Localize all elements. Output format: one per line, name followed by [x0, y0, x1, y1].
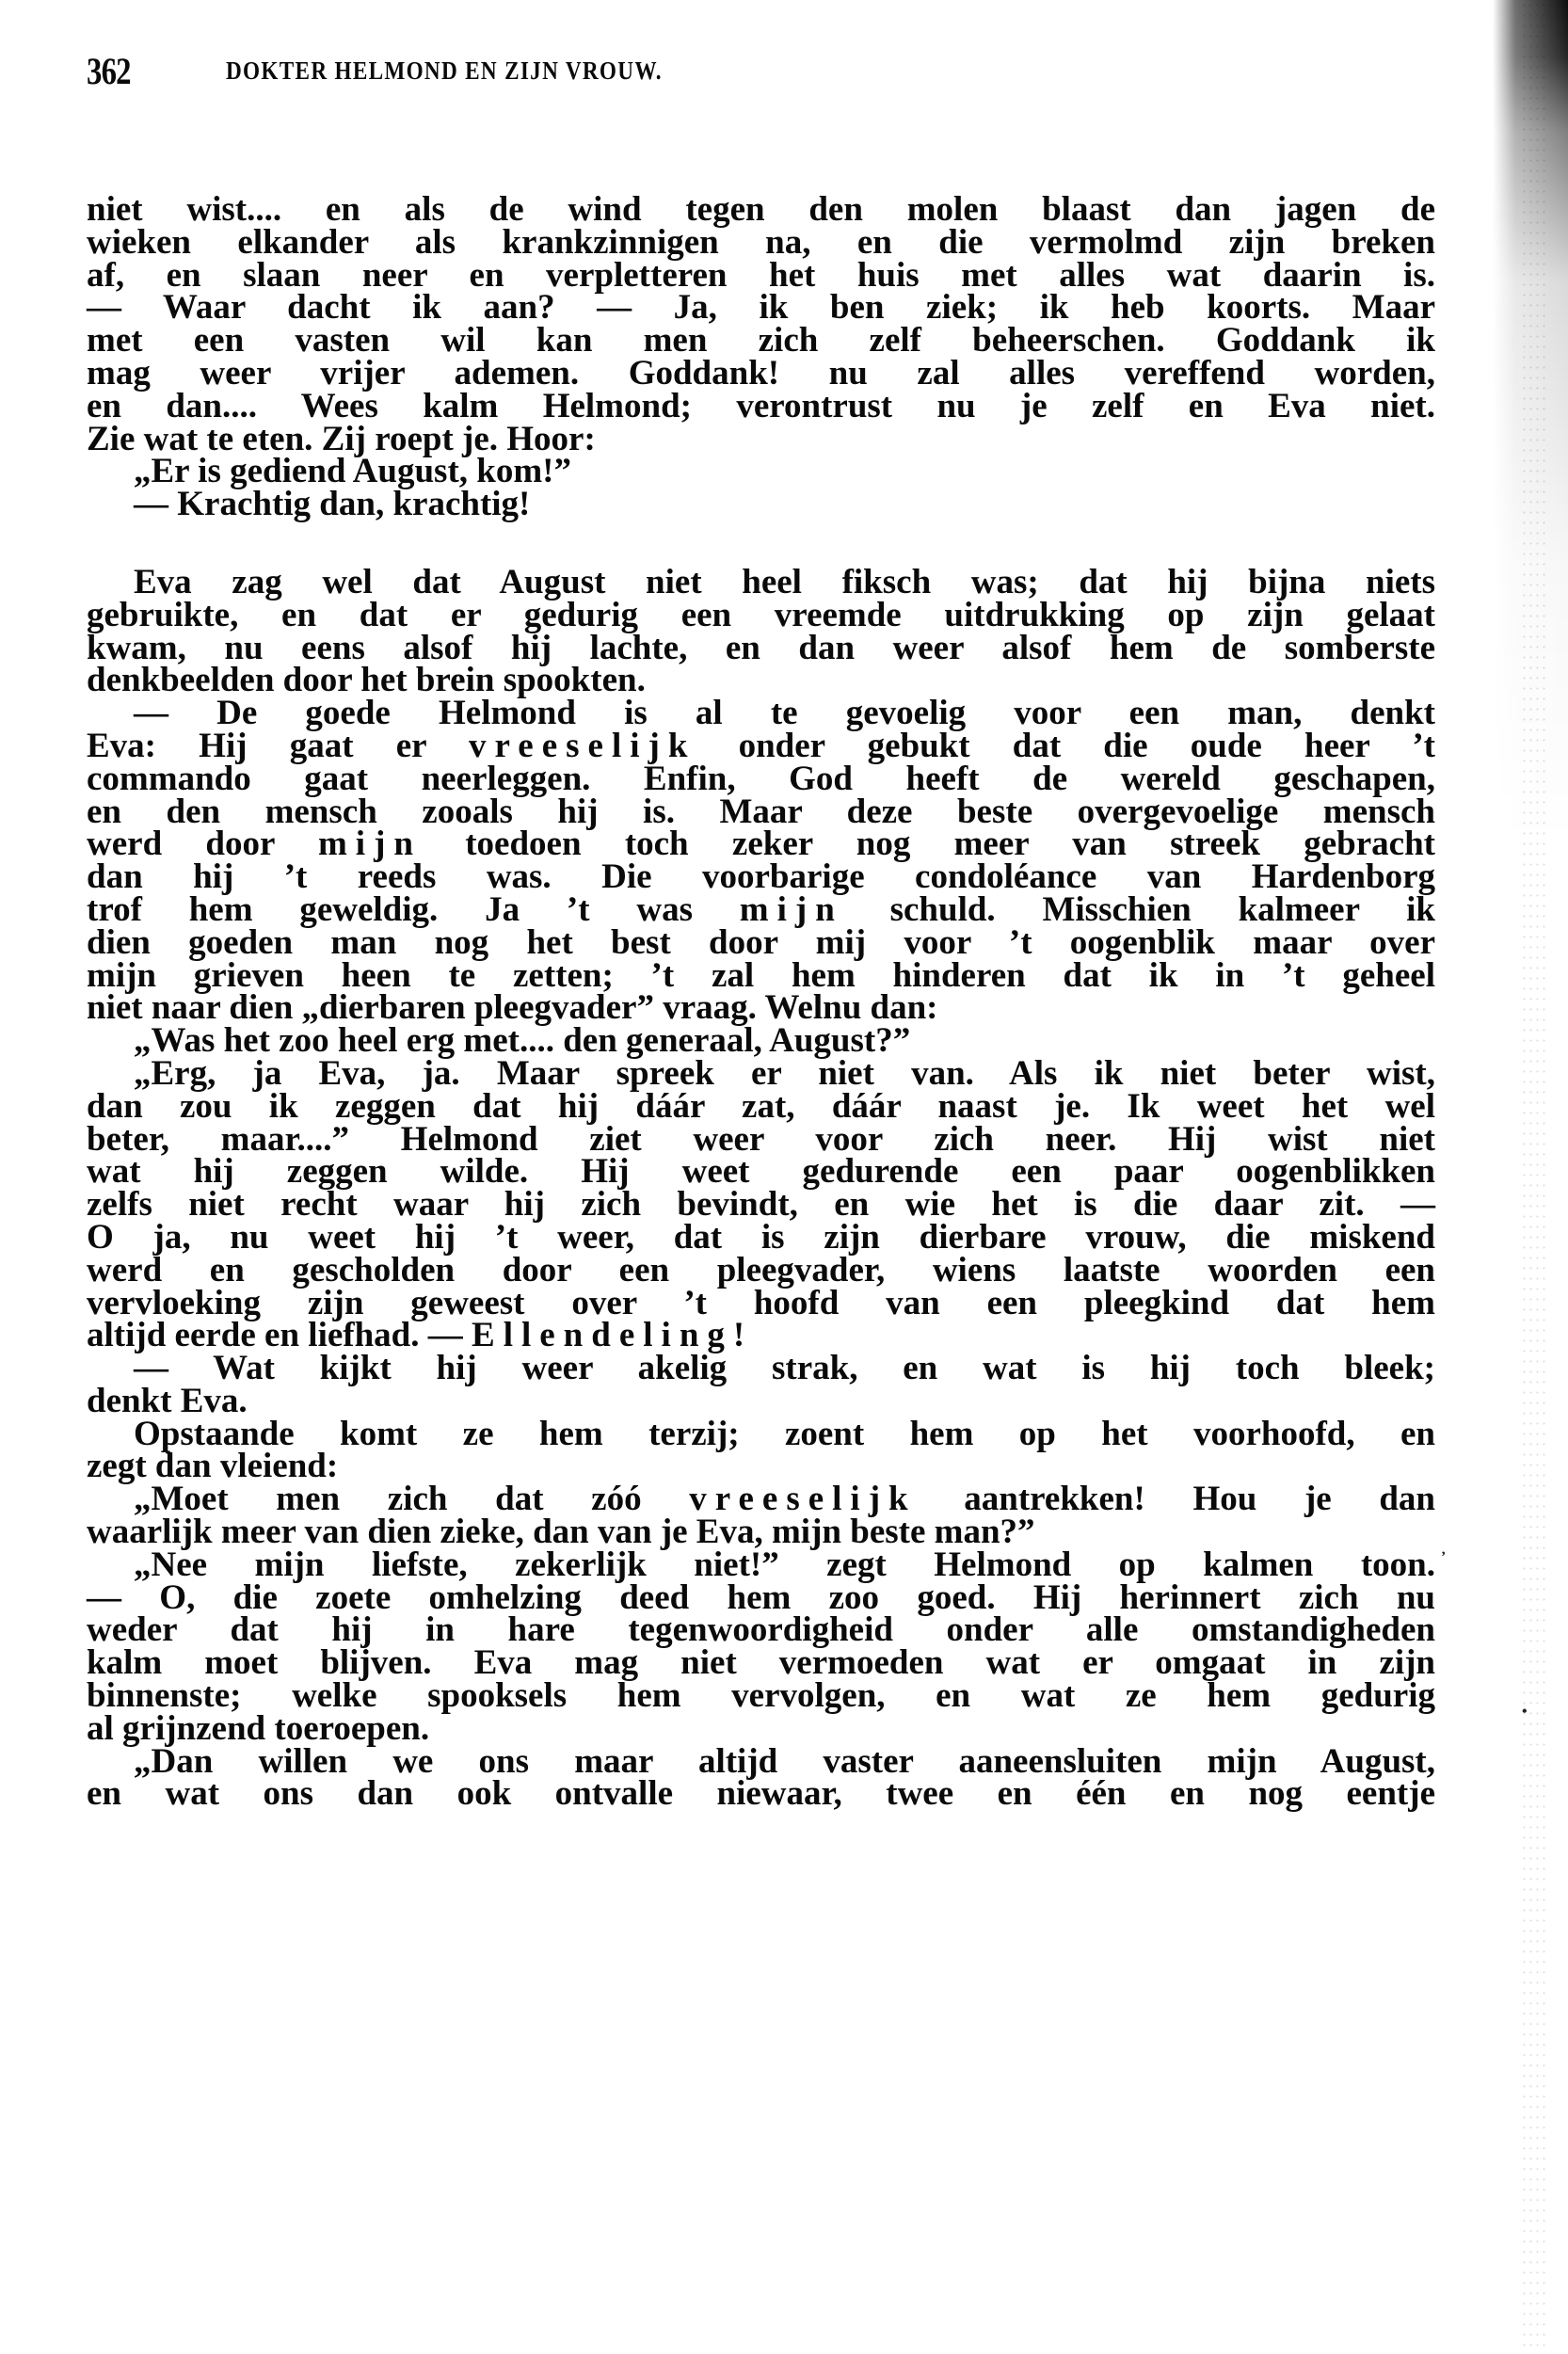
running-header: 362 DOKTER HELMOND EN ZIJN VROUW.	[87, 49, 1435, 90]
body-text: niet wist.... en als de wind tegen den m…	[87, 194, 1435, 1811]
text-line: binnenste; welke spooksels hem vervolgen…	[87, 1680, 1435, 1713]
text-line: dan zou ik zeggen dat hij dáár zat, dáár…	[87, 1091, 1435, 1124]
text-line: Eva: Hij gaat er vreeselijk onder gebukt…	[87, 730, 1435, 763]
text-line: „Was het zoo heel erg met.... den genera…	[87, 1025, 1435, 1058]
text-line: Eva zag wel dat August niet heel fiksch …	[87, 567, 1435, 600]
text-line: vervloeking zijn geweest over ’t hoofd v…	[87, 1288, 1435, 1321]
text-line: commando gaat neerleggen. Enfin, God hee…	[87, 763, 1435, 796]
text-line: kalm moet blijven. Eva mag niet vermoede…	[87, 1647, 1435, 1680]
text-line: — O, die zoete omhelzing deed hem zoo go…	[87, 1582, 1435, 1615]
text-line: trof hem geweldig. Ja ’t was mijn schuld…	[87, 894, 1435, 927]
text-line: wieken elkander als krankzinnigen na, en…	[87, 227, 1435, 260]
text-line: Zie wat te eten. Zij roept je. Hoor:	[87, 424, 1435, 456]
paragraph-gap	[87, 521, 1435, 567]
text-line: „Er is gediend August, kom!”	[87, 456, 1435, 488]
text-line: „Moet men zich dat zóó vreeselijk aantre…	[87, 1483, 1435, 1516]
text-line: „Erg, ja Eva, ja. Maar spreek er niet va…	[87, 1058, 1435, 1091]
text-line: wat hij zeggen wilde. Hij weet gedurende…	[87, 1156, 1435, 1189]
running-title: DOKTER HELMOND EN ZIJN VROUW.	[226, 56, 663, 86]
margin-mark: •	[1522, 1704, 1528, 1721]
text-line: — Wat kijkt hij weer akelig strak, en wa…	[87, 1353, 1435, 1385]
text-line: en wat ons dan ook ontvalle niewaar, twe…	[87, 1778, 1435, 1811]
page-edge-noise	[1521, 0, 1549, 2354]
text-line: — Waar dacht ik aan? — Ja, ik ben ziek; …	[87, 292, 1435, 325]
margin-mark: ‚	[1441, 1542, 1446, 1559]
text-line: gebruikte, en dat er gedurig een vreemde…	[87, 600, 1435, 633]
book-page: 362 DOKTER HELMOND EN ZIJN VROUW. niet w…	[0, 0, 1568, 2354]
text-line: en dan.... Wees kalm Helmond; verontrust…	[87, 391, 1435, 424]
text-line: niet wist.... en als de wind tegen den m…	[87, 194, 1435, 227]
text-line: mijn grieven heen te zetten; ’t zal hem …	[87, 960, 1435, 993]
text-line: mag weer vrijer ademen. Goddank! nu zal …	[87, 358, 1435, 391]
text-line: — De goede Helmond is al te gevoelig voo…	[87, 697, 1435, 730]
text-line: kwam, nu eens alsof hij lachte, en dan w…	[87, 633, 1435, 665]
text-line: weder dat hij in hare tegenwoordigheid o…	[87, 1614, 1435, 1647]
text-line: af, en slaan neer en verpletteren het hu…	[87, 260, 1435, 293]
text-line: zegt dan vleiend:	[87, 1450, 1435, 1483]
text-line: werd door mijn toedoen toch zeker nog me…	[87, 828, 1435, 861]
text-line: dan hij ’t reeds was. Die voorbarige con…	[87, 861, 1435, 894]
text-line: „Nee mijn liefste, zekerlijk niet!” zegt…	[87, 1549, 1435, 1582]
text-line: altijd eerde en liefhad. — Ellendeling!	[87, 1320, 1435, 1353]
text-line: Opstaande komt ze hem terzij; zoent hem …	[87, 1418, 1435, 1451]
text-line: denkbeelden door het brein spookten.	[87, 665, 1435, 697]
text-line: en den mensch zooals hij is. Maar deze b…	[87, 796, 1435, 829]
text-line: zelfs niet recht waar hij zich bevindt, …	[87, 1189, 1435, 1222]
text-line: waarlijk meer van dien zieke, dan van je…	[87, 1516, 1435, 1549]
text-line: dien goeden man nog het best door mij vo…	[87, 927, 1435, 960]
text-line: O ja, nu weet hij ’t weer, dat is zijn d…	[87, 1222, 1435, 1255]
text-line: — Krachtig dan, krachtig!	[87, 488, 1435, 521]
text-line: met een vasten wil kan men zich zelf beh…	[87, 325, 1435, 358]
text-line: „Dan willen we ons maar altijd vaster aa…	[87, 1746, 1435, 1779]
text-line: werd en gescholden door een pleegvader, …	[87, 1255, 1435, 1288]
page-number: 362	[87, 49, 131, 93]
text-line: al grijnzend toeroepen.	[87, 1713, 1435, 1746]
text-line: niet naar dien „dierbaren pleegvader” vr…	[87, 992, 1435, 1025]
text-line: beter, maar....” Helmond ziet weer voor …	[87, 1124, 1435, 1157]
text-line: denkt Eva.	[87, 1385, 1435, 1418]
